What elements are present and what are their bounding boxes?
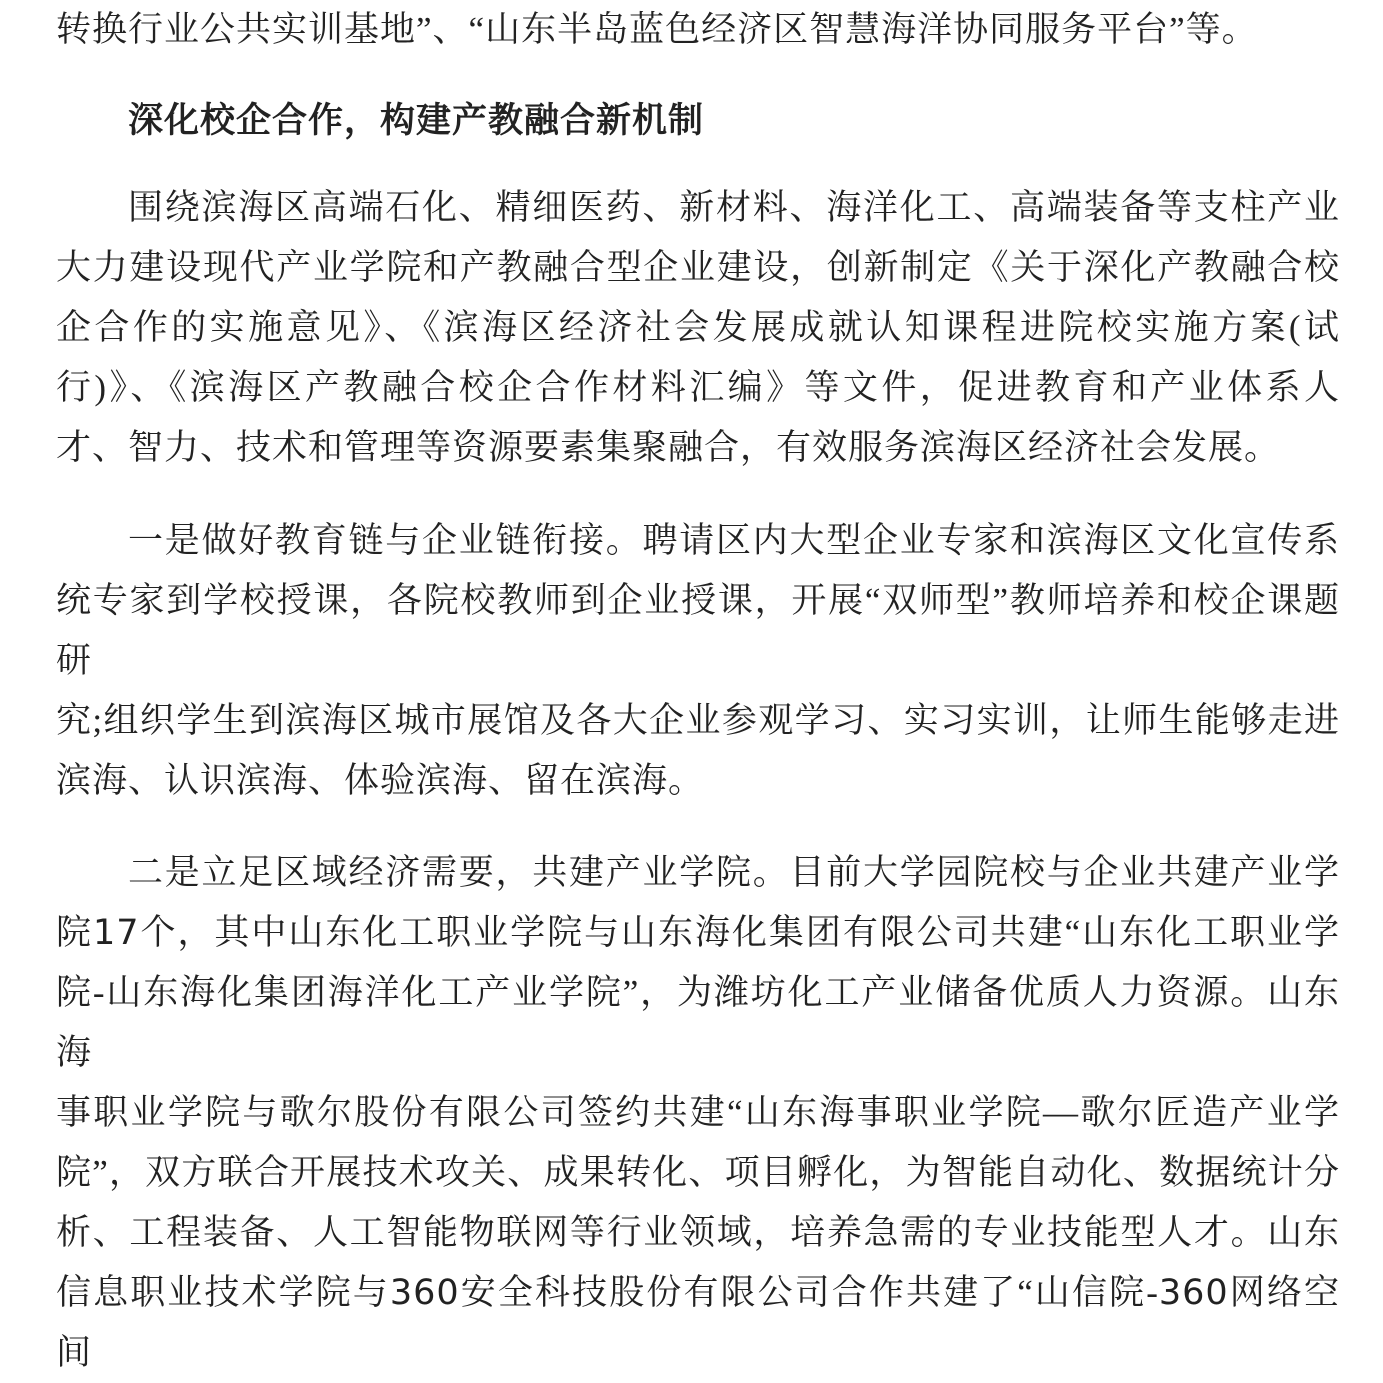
text-line: 一是做好教育链与企业链衔接。聘请区内大型企业专家和滨海区文化宣传系 (56, 511, 1340, 571)
text-line: 二是立足区域经济需要，共建产业学院。目前大学园院校与企业共建产业学 (56, 843, 1340, 903)
paragraph-industry-colleges: 围绕滨海区高端石化、精细医药、新材料、海洋化工、高端装备等支柱产业 大力建设现代… (56, 178, 1340, 478)
text-line: 院17个，其中山东化工职业学院与山东海化集团有限公司共建“山东化工职业学 (56, 903, 1340, 963)
text-line: 院”，双方联合开展技术攻关、成果转化、项目孵化，为智能自动化、数据统计分 (56, 1143, 1340, 1202)
paragraph-education-chain: 一是做好教育链与企业链衔接。聘请区内大型企业专家和滨海区文化宣传系 统专家到学校… (56, 511, 1340, 811)
text-line: 转换行业公共实训基地”、“山东半岛蓝色经济区智慧海洋协同服务平台”等。 (56, 0, 1340, 60)
text-line: 院-山东海化集团海洋化工产业学院”，为潍坊化工产业储备优质人力资源。山东海 (56, 963, 1340, 1083)
text-line: 大力建设现代产业学院和产教融合型企业建设，创新制定《关于深化产教融合校 (56, 238, 1340, 298)
text-line: 统专家到学校授课，各院校教师到企业授课，开展“双师型”教师培养和校企课题研 (56, 571, 1340, 691)
document-page: 转换行业公共实训基地”、“山东半岛蓝色经济区智慧海洋协同服务平台”等。 深化校企… (56, 0, 1340, 1202)
text-line: 围绕滨海区高端石化、精细医药、新材料、海洋化工、高端装备等支柱产业 (56, 178, 1340, 238)
section-heading: 深化校企合作，构建产教融合新机制 (56, 91, 1340, 151)
section-heading-text: 深化校企合作，构建产教融合新机制 (56, 91, 1340, 151)
text-line: 行)》、《滨海区产教融合校企合作材料汇编》等文件，促进教育和产业体系人 (56, 358, 1340, 418)
text-line: 才、智力、技术和管理等资源要素集聚融合，有效服务滨海区经济社会发展。 (56, 418, 1340, 478)
text-line: 事职业学院与歌尔股份有限公司签约共建“山东海事职业学院—歌尔匠造产业学 (56, 1083, 1340, 1143)
text-line: 滨海、认识滨海、体验滨海、留在滨海。 (56, 751, 1340, 811)
text-line: 究;组织学生到滨海区城市展馆及各大企业参观学习、实习实训，让师生能够走进 (56, 691, 1340, 751)
paragraph-regional-economy: 二是立足区域经济需要，共建产业学院。目前大学园院校与企业共建产业学 院17个，其… (56, 843, 1340, 1202)
paragraph-continuation: 转换行业公共实训基地”、“山东半岛蓝色经济区智慧海洋协同服务平台”等。 (56, 0, 1340, 60)
text-line: 企合作的实施意见》、《滨海区经济社会发展成就认知课程进院校实施方案(试 (56, 298, 1340, 358)
